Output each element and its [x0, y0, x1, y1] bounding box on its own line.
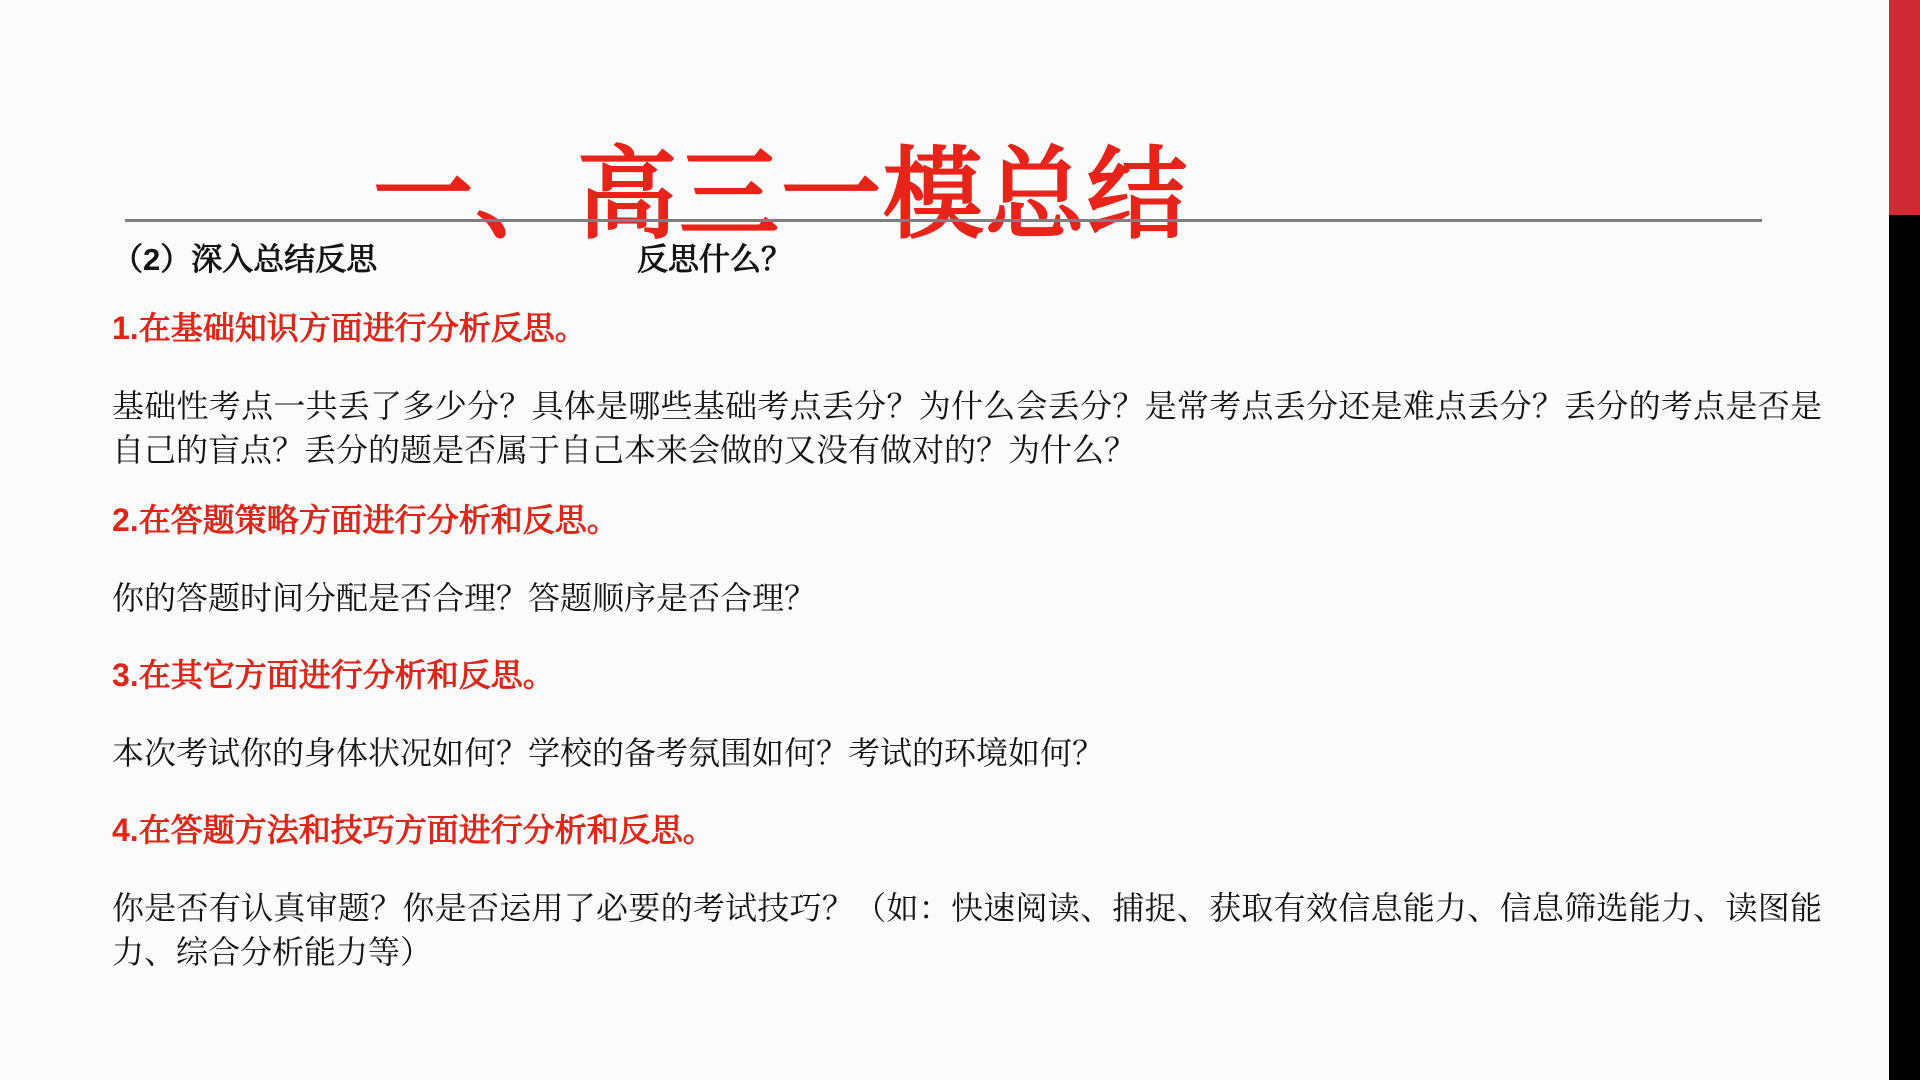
- right-edge-red-bar: [1889, 0, 1920, 215]
- section-body-2: 你的答题时间分配是否合理？答题顺序是否合理？: [112, 576, 1822, 620]
- section-heading-3: 3.在其它方面进行分析和反思。: [112, 653, 1822, 697]
- section-heading-2: 2.在答题策略方面进行分析和反思。: [112, 498, 1822, 542]
- section-answer-strategy: 2.在答题策略方面进行分析和反思。 你的答题时间分配是否合理？答题顺序是否合理？: [112, 498, 1822, 620]
- section-heading-1: 1.在基础知识方面进行分析反思。: [112, 306, 1822, 350]
- section-other-aspects: 3.在其它方面进行分析和反思。 本次考试你的身体状况如何？学校的备考氛围如何？考…: [112, 653, 1822, 775]
- subtitle-left-text: （2）深入总结反思: [112, 234, 377, 279]
- section-body-3: 本次考试你的身体状况如何？学校的备考氛围如何？考试的环境如何？: [112, 731, 1822, 775]
- section-body-1: 基础性考点一共丢了多少分？具体是哪些基础考点丢分？为什么会丢分？是常考点丢分还是…: [112, 384, 1822, 472]
- title-divider-line: [125, 219, 1762, 222]
- section-body-4: 你是否有认真审题？你是否运用了必要的考试技巧？（如：快速阅读、捕捉、获取有效信息…: [112, 886, 1822, 974]
- section-basic-knowledge: 1.在基础知识方面进行分析反思。 基础性考点一共丢了多少分？具体是哪些基础考点丢…: [112, 306, 1822, 472]
- subtitle-right-text: 反思什么？: [637, 234, 792, 279]
- right-edge-black-bar: [1889, 215, 1920, 1080]
- section-methods-skills: 4.在答题方法和技巧方面进行分析和反思。 你是否有认真审题？你是否运用了必要的考…: [112, 808, 1822, 974]
- presentation-slide: 一、高三一模总结 （2）深入总结反思 反思什么？ 1.在基础知识方面进行分析反思…: [0, 0, 1920, 1080]
- subtitle-row: （2）深入总结反思 反思什么？: [112, 234, 1812, 274]
- section-heading-4: 4.在答题方法和技巧方面进行分析和反思。: [112, 808, 1822, 852]
